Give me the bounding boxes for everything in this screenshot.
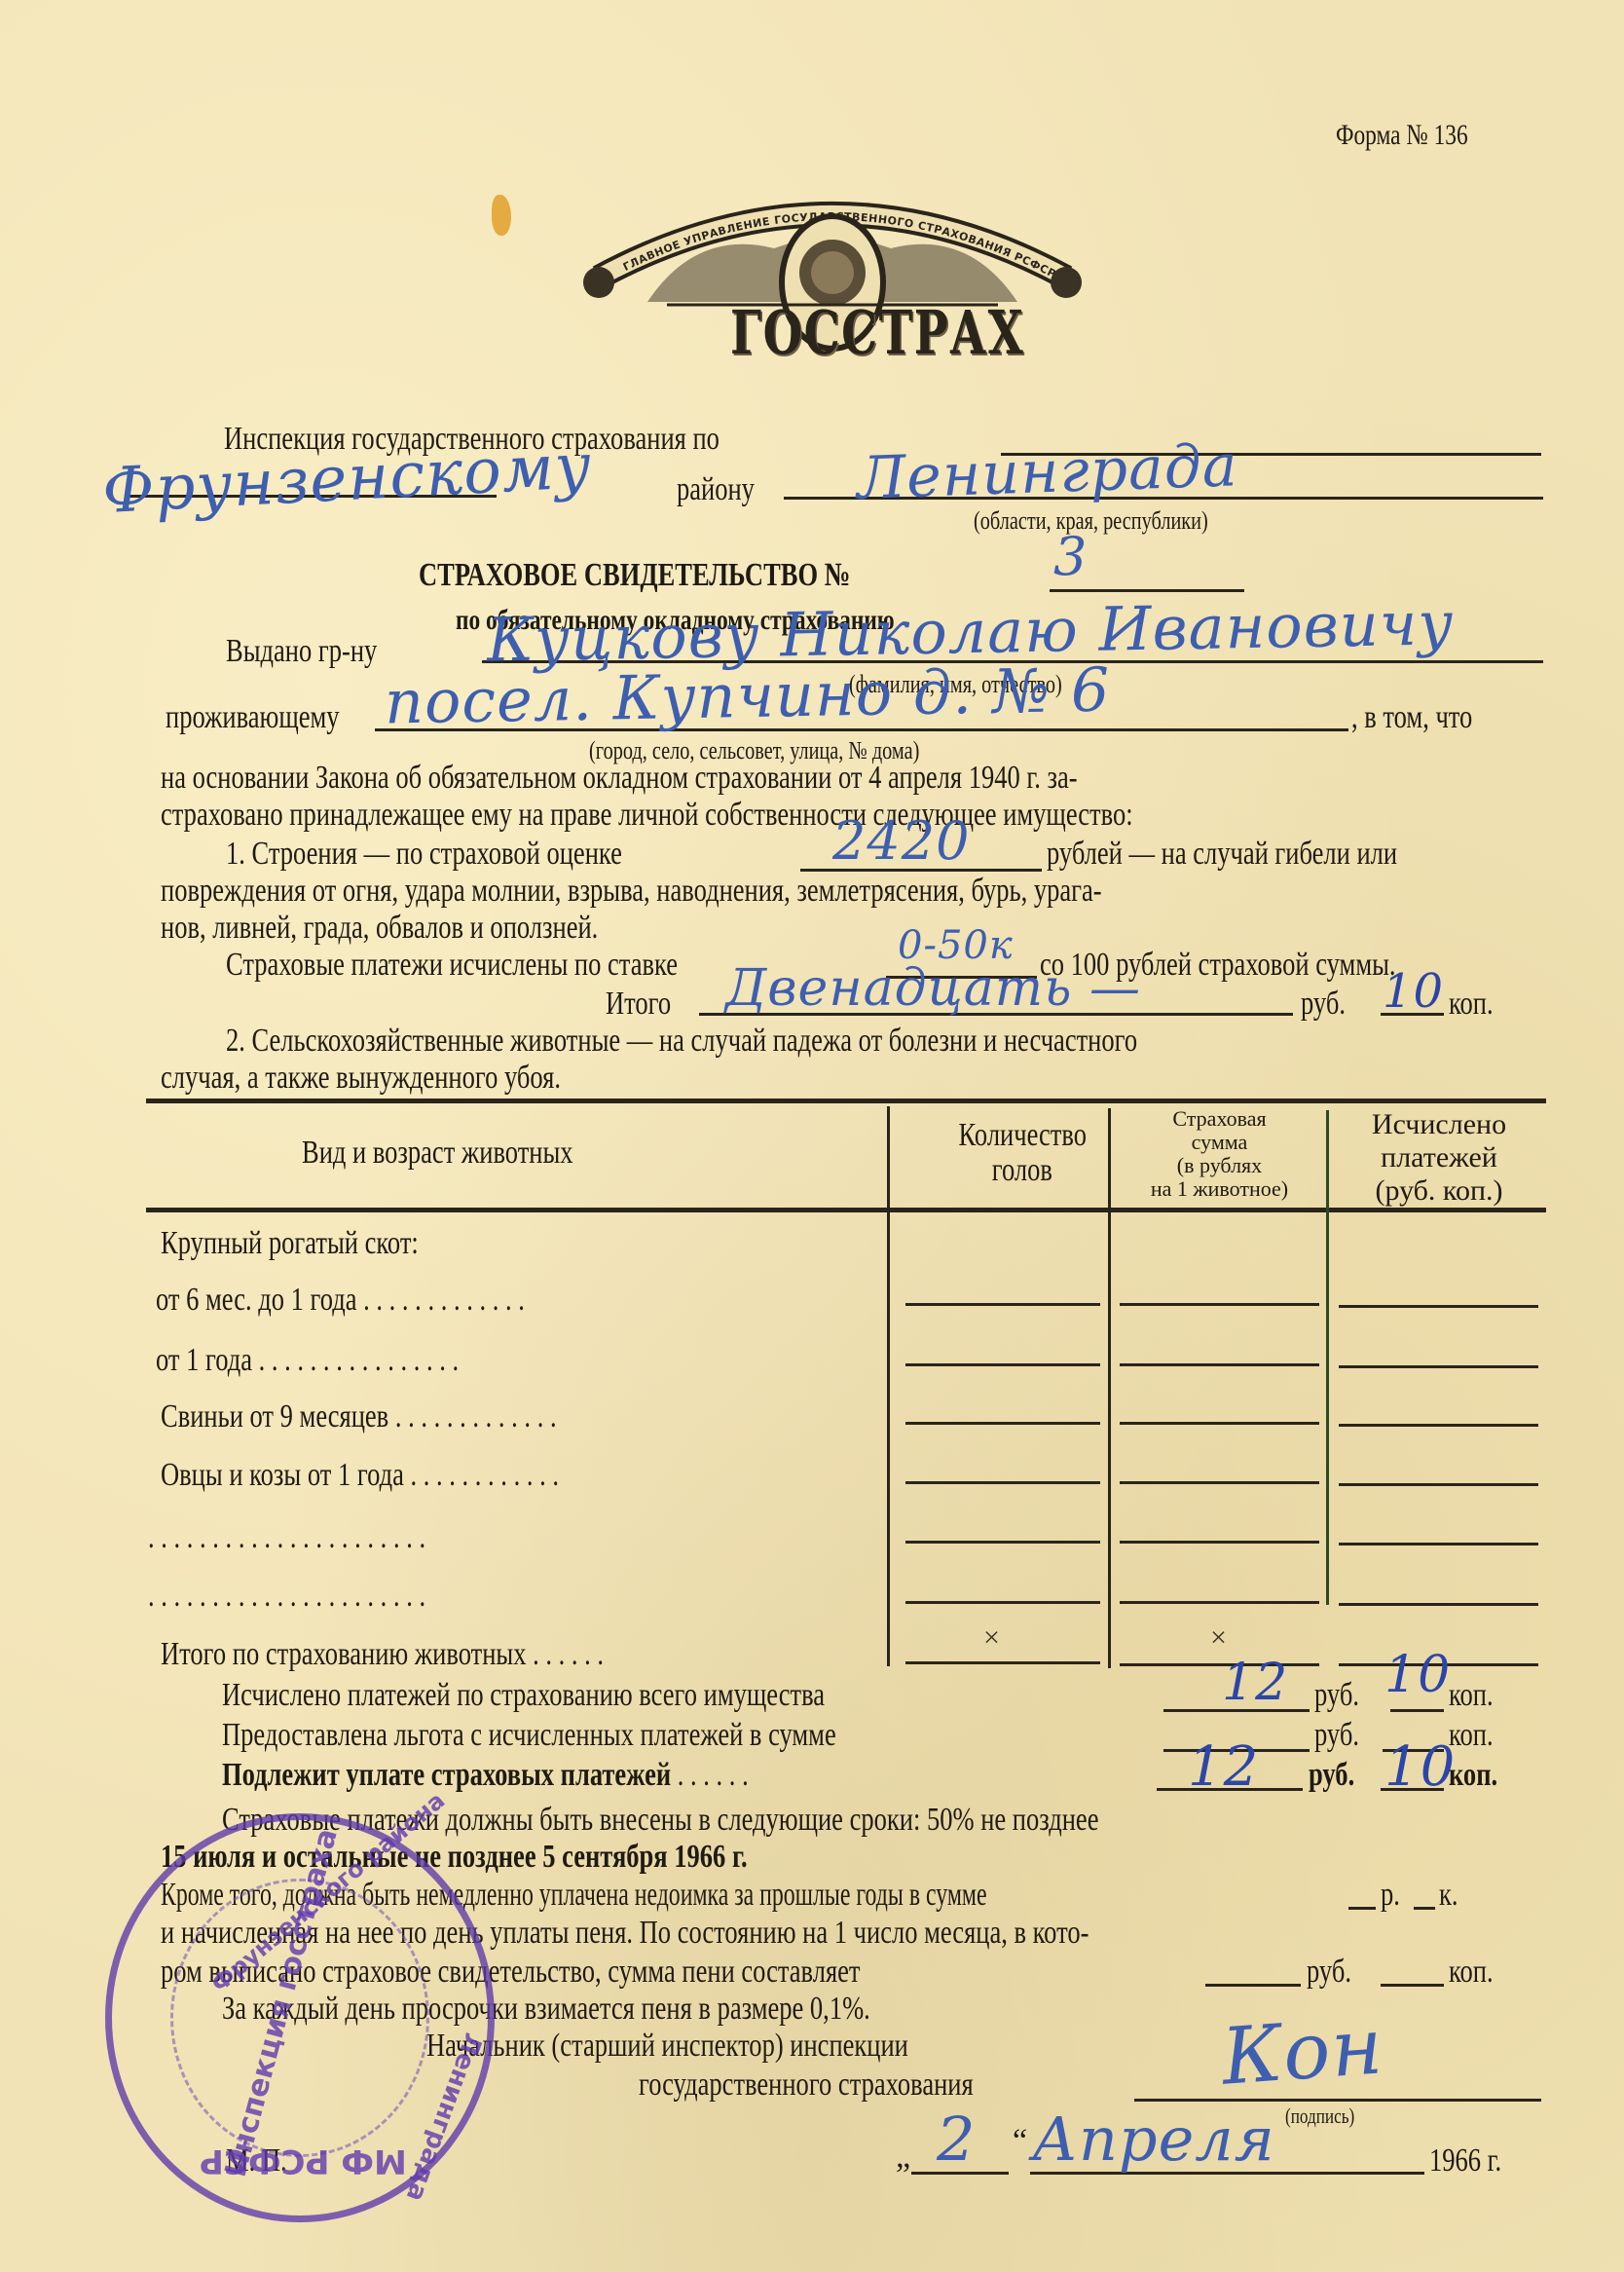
payable-rub[interactable]: 12 bbox=[1188, 1735, 1259, 1799]
date-close-quote: “ bbox=[1013, 2123, 1027, 2160]
row-sum-field[interactable] bbox=[1120, 1303, 1319, 1306]
row-payment-field[interactable] bbox=[1339, 1305, 1538, 1308]
buildings-line-2: повреждения от огня, удара молнии, взрыв… bbox=[161, 873, 1367, 910]
arrears-k-label: к. bbox=[1439, 1877, 1463, 1914]
law-line-1: на основании Закона об обязательном окла… bbox=[161, 760, 1336, 797]
row-dots: . . . . . . . . . . . . . . . . bbox=[259, 1342, 460, 1378]
chief-line-2: государственного страхования bbox=[639, 2067, 1068, 2104]
row-count-field[interactable] bbox=[905, 1363, 1100, 1366]
row-sum-field[interactable] bbox=[1120, 1601, 1319, 1604]
penalty-kop-label: коп. bbox=[1449, 1954, 1506, 1991]
official-round-stamp: Инспекция госстраха Фрунзенского района … bbox=[105, 1813, 495, 2222]
payable-kop[interactable]: 10 bbox=[1384, 1735, 1456, 1799]
benefit-kop-label: коп. bbox=[1449, 1717, 1506, 1754]
calculated-kop[interactable]: 10 bbox=[1384, 1646, 1451, 1704]
certificate-title: СТРАХОВОЕ СВИДЕТЕЛЬСТВО № bbox=[419, 557, 972, 594]
header-sum: Страховая сумма (в рублях на 1 животное) bbox=[1115, 1107, 1324, 1201]
signature-hint: (подпись) bbox=[1285, 2104, 1374, 2129]
region-hint: (области, края, республики) bbox=[974, 506, 1274, 536]
row-dots: . . . . . . . . . . . . . bbox=[395, 1398, 557, 1434]
table-col-divider-1 bbox=[887, 1106, 890, 1666]
row-payment-field[interactable] bbox=[1339, 1543, 1538, 1546]
signature-blank bbox=[1134, 2099, 1541, 2102]
total-rub-label: руб. bbox=[1301, 986, 1358, 1023]
row-count-field[interactable] bbox=[905, 1601, 1100, 1604]
table-header-rule bbox=[146, 1208, 1546, 1212]
penalty-rub-label: руб. bbox=[1307, 1954, 1364, 1991]
payable-label: Подлежит уплате страховых платежей . . .… bbox=[222, 1757, 897, 1794]
benefit-rub-label: руб. bbox=[1314, 1717, 1372, 1754]
total-kop-label: коп. bbox=[1449, 986, 1506, 1023]
table-top-rule bbox=[146, 1099, 1546, 1103]
row-count-field[interactable] bbox=[905, 1481, 1100, 1484]
total-sum-field[interactable] bbox=[1120, 1663, 1319, 1666]
address-handwritten[interactable]: посел. Купчино д. № 6 bbox=[384, 654, 1111, 738]
calculated-rub-label: руб. bbox=[1314, 1677, 1372, 1714]
payable-rub-label: руб. bbox=[1309, 1757, 1368, 1794]
gosstrakh-logo: ГОССТРАХ bbox=[730, 297, 935, 368]
buildings-value[interactable]: 2420 bbox=[832, 810, 970, 872]
total-label: Итого bbox=[606, 986, 689, 1023]
paper-stain bbox=[492, 195, 511, 236]
district-label: району bbox=[677, 471, 776, 508]
row-sum-field[interactable] bbox=[1120, 1422, 1319, 1425]
buildings-line-3: нов, ливней, града, обвалов и оползней. bbox=[161, 910, 721, 947]
sum-cross-mark: × bbox=[1210, 1621, 1227, 1655]
row-payment-field[interactable] bbox=[1339, 1365, 1538, 1368]
row-count-field[interactable] bbox=[905, 1422, 1100, 1425]
payable-kop-label: коп. bbox=[1449, 1757, 1511, 1794]
law-line-2: страховано принадлежащее ему на праве ли… bbox=[161, 797, 1407, 834]
calculated-kop-label: коп. bbox=[1449, 1677, 1506, 1714]
address-suffix: , в том, что bbox=[1351, 699, 1506, 736]
arrears-rub-blank[interactable] bbox=[1348, 1907, 1376, 1910]
penalty-rub-blank[interactable] bbox=[1205, 1984, 1301, 1987]
row-dots: . . . . . . . . . . . . . . . . . . . . … bbox=[148, 1578, 425, 1614]
animals-line-1: 2. Сельскохозяйственные животные — на сл… bbox=[226, 1023, 1394, 1060]
total-count-field[interactable] bbox=[905, 1661, 1100, 1664]
row-count-field[interactable] bbox=[905, 1303, 1100, 1306]
buildings-suffix: рублей — на случай гибели или bbox=[1047, 836, 1496, 873]
row-label: Овцы и козы от 1 года bbox=[161, 1457, 404, 1493]
row-dots: . . . . . . . . . . . . . bbox=[363, 1282, 525, 1318]
residing-label: проживающему bbox=[166, 699, 388, 736]
count-cross-mark: × bbox=[983, 1621, 1000, 1655]
rate-prefix: Страховые платежи исчислены по ставке bbox=[226, 947, 805, 984]
header-payment: Исчислено платежей (руб. коп.) bbox=[1332, 1108, 1546, 1208]
table-col-divider-3 bbox=[1326, 1110, 1329, 1605]
arrears-kop-blank[interactable] bbox=[1414, 1907, 1435, 1910]
region-handwritten[interactable]: Ленинграда bbox=[856, 431, 1239, 513]
calculated-rub[interactable]: 12 bbox=[1222, 1654, 1288, 1712]
buildings-prefix: 1. Строения — по страховой оценке bbox=[226, 836, 734, 873]
penalty-kop-blank[interactable] bbox=[1381, 1984, 1444, 1987]
form-number: Форма № 136 bbox=[1336, 119, 1505, 152]
date-open-quote: „ bbox=[896, 2139, 910, 2176]
date-day[interactable]: 2 bbox=[937, 2104, 976, 2175]
row-payment-field[interactable] bbox=[1339, 1603, 1538, 1606]
certificate-number[interactable]: 3 bbox=[1053, 526, 1088, 587]
total-row-label: Итого по страхованию животных bbox=[161, 1636, 526, 1672]
total-rub-handwritten[interactable]: Двенадцать — bbox=[725, 959, 1141, 1018]
row-dots: . . . . . . . . . . . . bbox=[410, 1457, 558, 1493]
row-sum-field[interactable] bbox=[1120, 1541, 1319, 1544]
signature-handwritten[interactable]: Кон bbox=[1219, 2000, 1386, 2102]
issued-label: Выдано гр-ну bbox=[226, 633, 420, 670]
calculated-label: Исчислено платежей по страхованию всего … bbox=[222, 1677, 995, 1714]
stamp-bottom-text: МФ РСФСР bbox=[200, 2142, 407, 2180]
row-payment-field[interactable] bbox=[1339, 1424, 1538, 1427]
arrears-r-label: р. bbox=[1381, 1877, 1406, 1914]
table-col-divider-2 bbox=[1108, 1108, 1111, 1668]
group-label-cattle: Крупный рогатый скот: bbox=[161, 1225, 491, 1262]
row-sum-field[interactable] bbox=[1120, 1363, 1319, 1366]
row-payment-field[interactable] bbox=[1339, 1483, 1538, 1486]
animals-line-2: случая, а также вынужденного убоя. bbox=[161, 1060, 674, 1097]
row-label: от 6 мес. до 1 года bbox=[156, 1282, 357, 1318]
calculated-kop-blank bbox=[1390, 1709, 1444, 1712]
row-dots: . . . . . . . . . . . . . . . . . . . . … bbox=[148, 1519, 425, 1555]
date-year: 1966 г. bbox=[1429, 2142, 1522, 2179]
row-sum-field[interactable] bbox=[1120, 1481, 1319, 1484]
header-kind: Вид и возраст животных bbox=[302, 1135, 649, 1172]
row-label: Свиньи от 9 месяцев bbox=[161, 1398, 388, 1434]
header-count: Количество голов bbox=[910, 1118, 1134, 1188]
benefit-label: Предоставлена льгота с исчисленных плате… bbox=[222, 1717, 1010, 1754]
total-kop-handwritten[interactable]: 10 bbox=[1383, 964, 1444, 1019]
row-count-field[interactable] bbox=[905, 1541, 1100, 1544]
date-month[interactable]: Апреля bbox=[1032, 2104, 1275, 2175]
chief-line-1: Начальник (старший инспектор) инспекции bbox=[426, 2028, 1044, 2065]
gosstrakh-emblem: ГЛАВНОЕ УПРАВЛЕНИЕ ГОСУДАРСТВЕННОГО СТРА… bbox=[579, 190, 1086, 385]
row-label: от 1 года bbox=[156, 1342, 252, 1378]
district-handwritten[interactable]: Фрунзенскому bbox=[100, 430, 593, 528]
total-row-dots: . . . . . . bbox=[533, 1636, 604, 1672]
